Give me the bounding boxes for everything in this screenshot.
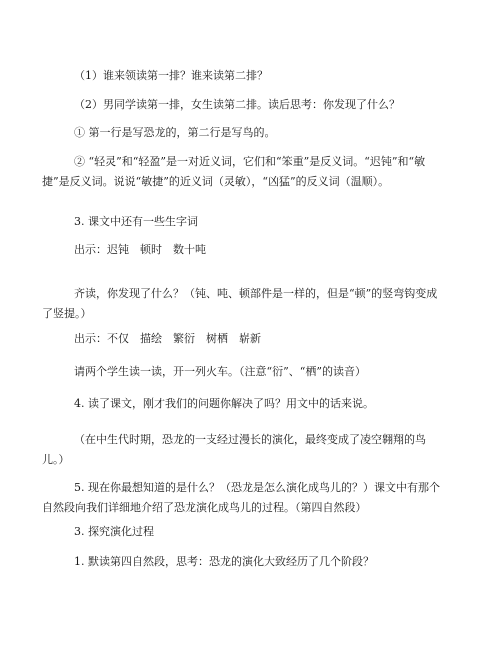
- paragraph-read-aloud: 齐读，你发现了什么？（钝、吨、顿部件是一样的，但是“顿”的竖弯钩变成了竖提。）: [42, 284, 442, 324]
- paragraph-question-2: （2）男同学读第一排，女生读第二排。读后思考：你发现了什么？: [74, 95, 444, 115]
- paragraph-finding-1: ① 第一行是写恐龙的，第二行是写鸟的。: [74, 123, 444, 143]
- paragraph-question-5: 5. 现在你最想知道的是什么？（恐龙是怎么演化成鸟儿的？）课文中有那个自然段向我…: [42, 478, 442, 518]
- paragraph-question-1: （1）谁来领读第一排？谁来读第二排？: [74, 66, 444, 86]
- paragraph-show-words-1: 出示：迟钝 顿时 数十吨: [74, 240, 444, 260]
- paragraph-show-words-2: 出示：不仅 描绘 繁衍 树栖 崭新: [74, 329, 444, 349]
- paragraph-train-reading: 请两个学生读一读，开一列火车。（注意“衍”、“栖”的读音）: [74, 362, 444, 382]
- heading-new-words: 3. 课文中还有一些生字词: [74, 212, 444, 232]
- paragraph-finding-2: ② “轻灵”和“轻盈”是一对近义词，它们和“笨重”是反义词。“迟钝”和“敏捷”是…: [42, 152, 442, 192]
- heading-question-4: 4. 读了课文，刚才我们的问题你解决了吗？用文中的话来说。: [74, 394, 444, 414]
- paragraph-answer-4: （在中生代时期，恐龙的一支经过漫长的演化，最终变成了凌空翱翔的鸟儿。）: [42, 430, 442, 470]
- document-page: （1）谁来领读第一排？谁来读第二排？ （2）男同学读第一排，女生读第二排。读后思…: [0, 0, 500, 647]
- heading-explore-evolution: 3. 探究演化过程: [74, 522, 444, 542]
- paragraph-silent-reading: 1. 默读第四自然段，思考：恐龙的演化大致经历了几个阶段？: [74, 552, 444, 572]
